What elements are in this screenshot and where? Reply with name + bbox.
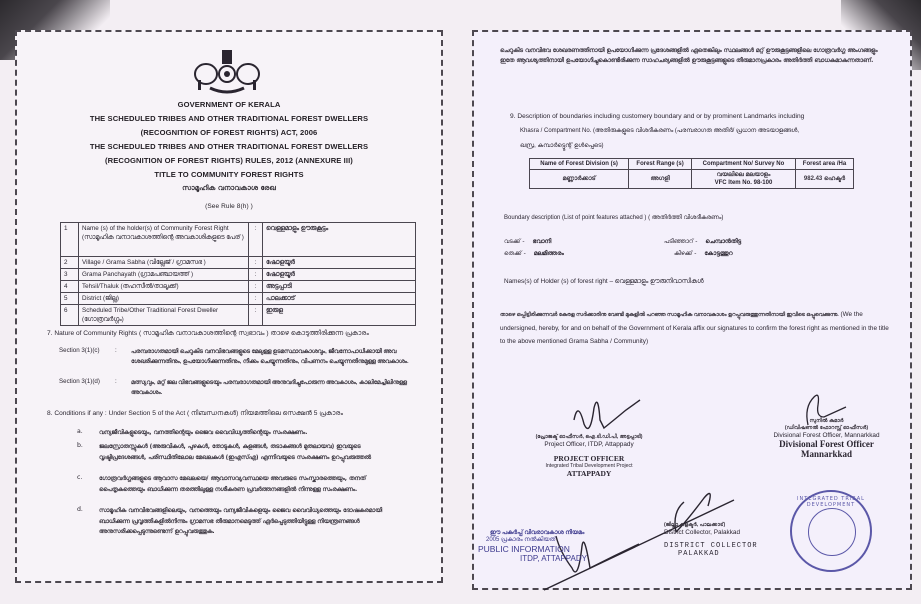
government-heading: GOVERNMENT OF KERALA [17, 100, 441, 109]
boundary-north: വടക്ക് - ഭവാനി [504, 238, 551, 246]
kerala-emblem-icon [192, 46, 262, 96]
left-page: GOVERNMENT OF KERALA THE SCHEDULED TRIBE… [15, 30, 443, 583]
intro-paragraph-malayalam: ചെറുകിട വനവിഭവ ശേഖരണത്തിനായി ഉപയോഗിക്കുന… [500, 46, 890, 66]
document-title: TITLE TO COMMUNITY FOREST RIGHTS [17, 170, 441, 179]
table-row: 2 Village / Grama Sabha (വില്ലേജ് / ഗ്രാ… [61, 257, 416, 269]
section-7-item: Section 3(1)(d) : മത്സ്യവും, മറ്റ് ജല വി… [59, 378, 439, 402]
boundary-title: Boundary description (List of point feat… [504, 212, 904, 225]
table-row: 6 Scheduled Tribe/Other Traditional Fore… [61, 305, 416, 326]
declaration-paragraph: താഴെ ഒപ്പിട്ടിരിക്കുന്നവർ കേരള സർക്കാരിന… [500, 308, 892, 348]
dfo-block: സുനിൽ കുമാർ (ഡിവിഷണൽ ഫോറസ്റ്റ് ഓഫീസർ) Di… [744, 418, 909, 459]
table-row: 4 Tehsil/Thaluk (തഹസീൽ/താലൂക്ക്) : അട്ടപ… [61, 281, 416, 293]
section-9-title: 9. Description of boundaries including c… [510, 110, 910, 123]
rules-line-2: (RECOGNITION OF FOREST RIGHTS) RULES, 20… [17, 156, 441, 165]
forest-area-table: Name of Forest Division (s) Forest Range… [529, 158, 854, 189]
holder-details-table: 1 Name (s) of the holder(s) of Community… [60, 222, 416, 326]
document-title-malayalam: സാമൂഹിക വനാവകാശ രേഖ [17, 184, 441, 193]
table-row: 1 Name (s) of the holder(s) of Community… [61, 223, 416, 257]
rule-reference: (See Rule 8(h) ) [17, 203, 441, 210]
act-line-1: THE SCHEDULED TRIBES AND OTHER TRADITION… [17, 114, 441, 123]
boundary-west: പടിഞ്ഞാറ് - ചെമ്പാൻതിട്ട [664, 238, 741, 246]
holders-line: Names(s) of Holder (s) of forest right –… [504, 275, 904, 288]
section-9-line-3: ഖസ്ര, കമ്പാർട്ട്മെന്റ് ഉൾപ്പെടെ) [520, 140, 910, 153]
boundary-south: തെക്ക് - മലമിത്തരം [504, 250, 564, 258]
section-7-title: 7. Nature of Community Rights ( സാമൂഹിക … [47, 330, 369, 338]
table-header-row: Name of Forest Division (s) Forest Range… [530, 159, 854, 170]
collector-block: (ജില്ലാ കളക്ടർ, പാലക്കാട്) District Coll… [664, 522, 774, 558]
rules-line-1: THE SCHEDULED TRIBES AND OTHER TRADITION… [17, 142, 441, 151]
table-row: 3 Grama Panchayath (ഗ്രാമപഞ്ചായത്ത് ) : … [61, 269, 416, 281]
section-9-line-2: Khasra / Compartment No. (അതിരുകളുടെ വിശ… [520, 125, 910, 138]
table-row: 5 District (ജില്ല) : പാലക്കാട് [61, 293, 416, 305]
project-officer-signature-icon [564, 390, 644, 438]
section-8-title: 8. Conditions if any : Under Section 5 o… [47, 410, 343, 418]
table-row: മണ്ണാർക്കാട് അഗളി വയലിലെ മലയാളം VFC Item… [530, 170, 854, 189]
act-line-2: (RECOGNITION OF FOREST RIGHTS) ACT, 2006 [17, 128, 441, 137]
boundary-east: കിഴക്ക് - കോട്ടത്തുറ [674, 250, 733, 258]
public-information-stamp: ഈ പകർപ്പ് വിവരാവകാശ നിയമം 2005 പ്രകാരം ന… [478, 530, 618, 563]
itdp-office-seal: INTEGRATED TRIBAL DEVELOPMENT [790, 490, 872, 572]
